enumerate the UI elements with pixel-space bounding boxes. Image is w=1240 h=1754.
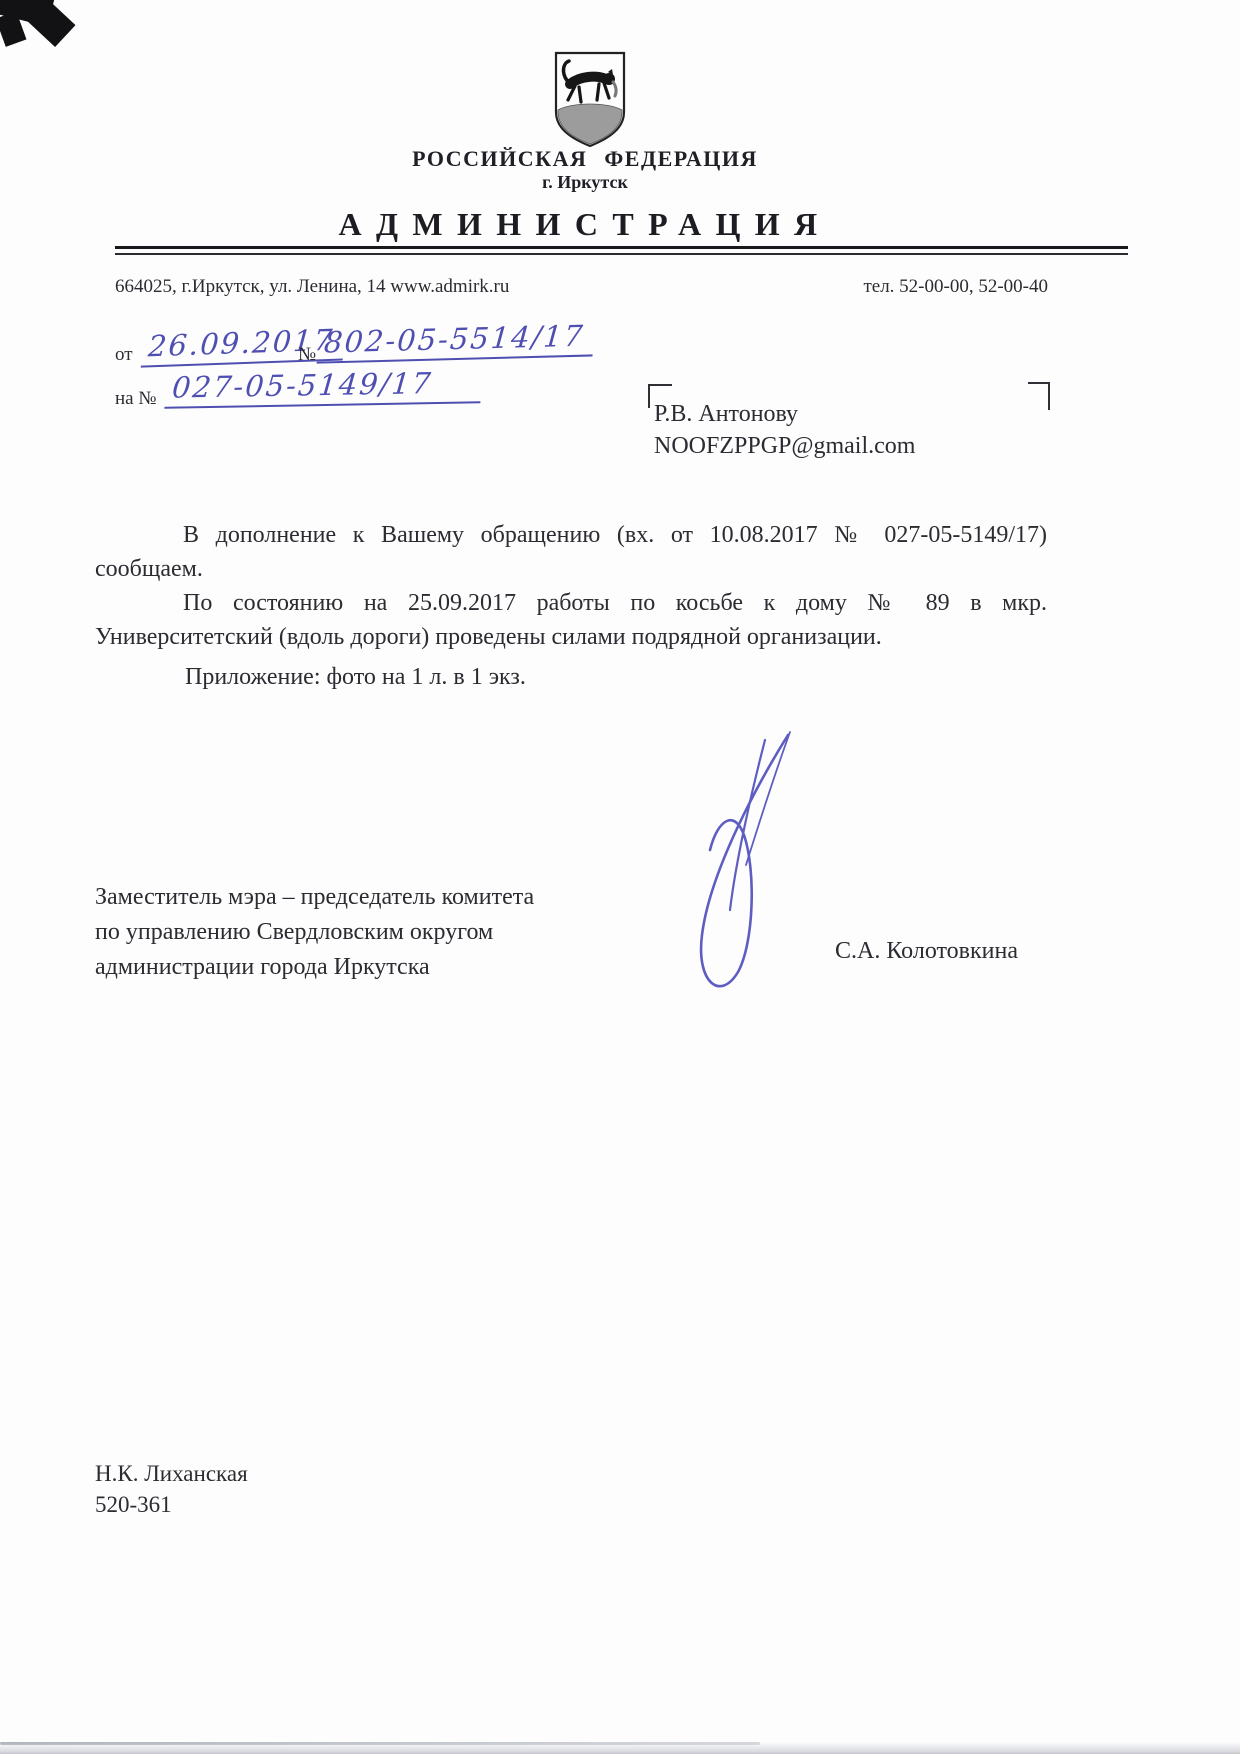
header-country: РОССИЙСКАЯ ФЕДЕРАЦИЯ xyxy=(0,146,1170,172)
signer-position-line2: по управлению Свердловским округом xyxy=(95,915,534,950)
scan-artifact-corner xyxy=(18,0,75,47)
header-phone: тел. 52-00-00, 52-00-40 xyxy=(863,276,1048,298)
header-contact-row: 664025, г.Иркутск, ул. Ленина, 14 www.ad… xyxy=(115,276,1048,298)
irkutsk-coat-of-arms-icon xyxy=(552,50,628,150)
signer-position-line1: Заместитель мэра – председатель комитета xyxy=(95,880,534,915)
executor-block: Н.К. Лиханская 520-361 xyxy=(95,1458,248,1520)
scanned-letter-page: РОССИЙСКАЯ ФЕДЕРАЦИЯ г. Иркутск АДМИНИСТ… xyxy=(0,0,1240,1754)
header-address: 664025, г.Иркутск, ул. Ленина, 14 www.ad… xyxy=(115,276,509,298)
body-paragraph2-line1: По состоянию на 25.09.2017 работы по кос… xyxy=(95,586,1047,620)
recipient-email: NOOFZPPGP@gmail.com xyxy=(654,430,915,462)
recipient-name: Р.В. Антонову xyxy=(654,398,915,430)
executor-phone: 520-361 xyxy=(95,1489,248,1520)
signer-position-block: Заместитель мэра – председатель комитета… xyxy=(95,880,534,985)
header-double-rule xyxy=(115,246,1128,255)
header-city: г. Иркутск xyxy=(0,172,1170,193)
header-organization: АДМИНИСТРАЦИЯ xyxy=(0,206,1170,243)
scan-artifact-bottom-edge xyxy=(0,1742,1240,1754)
signer-name: С.А. Колотовкина xyxy=(835,938,1018,965)
handwritten-signature xyxy=(640,710,840,1010)
body-paragraph1-line1: В дополнение к Вашему обращению (вх. от … xyxy=(95,518,1047,552)
address-corner-mark-right xyxy=(1028,382,1050,410)
body-paragraph2-line2: Университетский (вдоль дороги) проведены… xyxy=(95,620,1047,654)
letter-body: В дополнение к Вашему обращению (вх. от … xyxy=(95,518,1047,654)
recipient-block: Р.В. Антонову NOOFZPPGP@gmail.com xyxy=(654,398,915,462)
ref-from-label: от xyxy=(115,344,133,366)
ref-reply-label: на № xyxy=(115,388,156,410)
ref-reply-number-handwritten: 027-05-5149/17 xyxy=(164,365,483,409)
signer-position-line3: администрации города Иркутска xyxy=(95,950,534,985)
ref-number-handwritten: 802-05-5514/17 xyxy=(317,318,596,363)
attachment-line: Приложение: фото на 1 л. в 1 экз. xyxy=(185,664,526,691)
executor-name: Н.К. Лиханская xyxy=(95,1458,248,1489)
body-paragraph1-line2: сообщаем. xyxy=(95,552,1047,586)
ref-number-label: № xyxy=(298,344,316,366)
